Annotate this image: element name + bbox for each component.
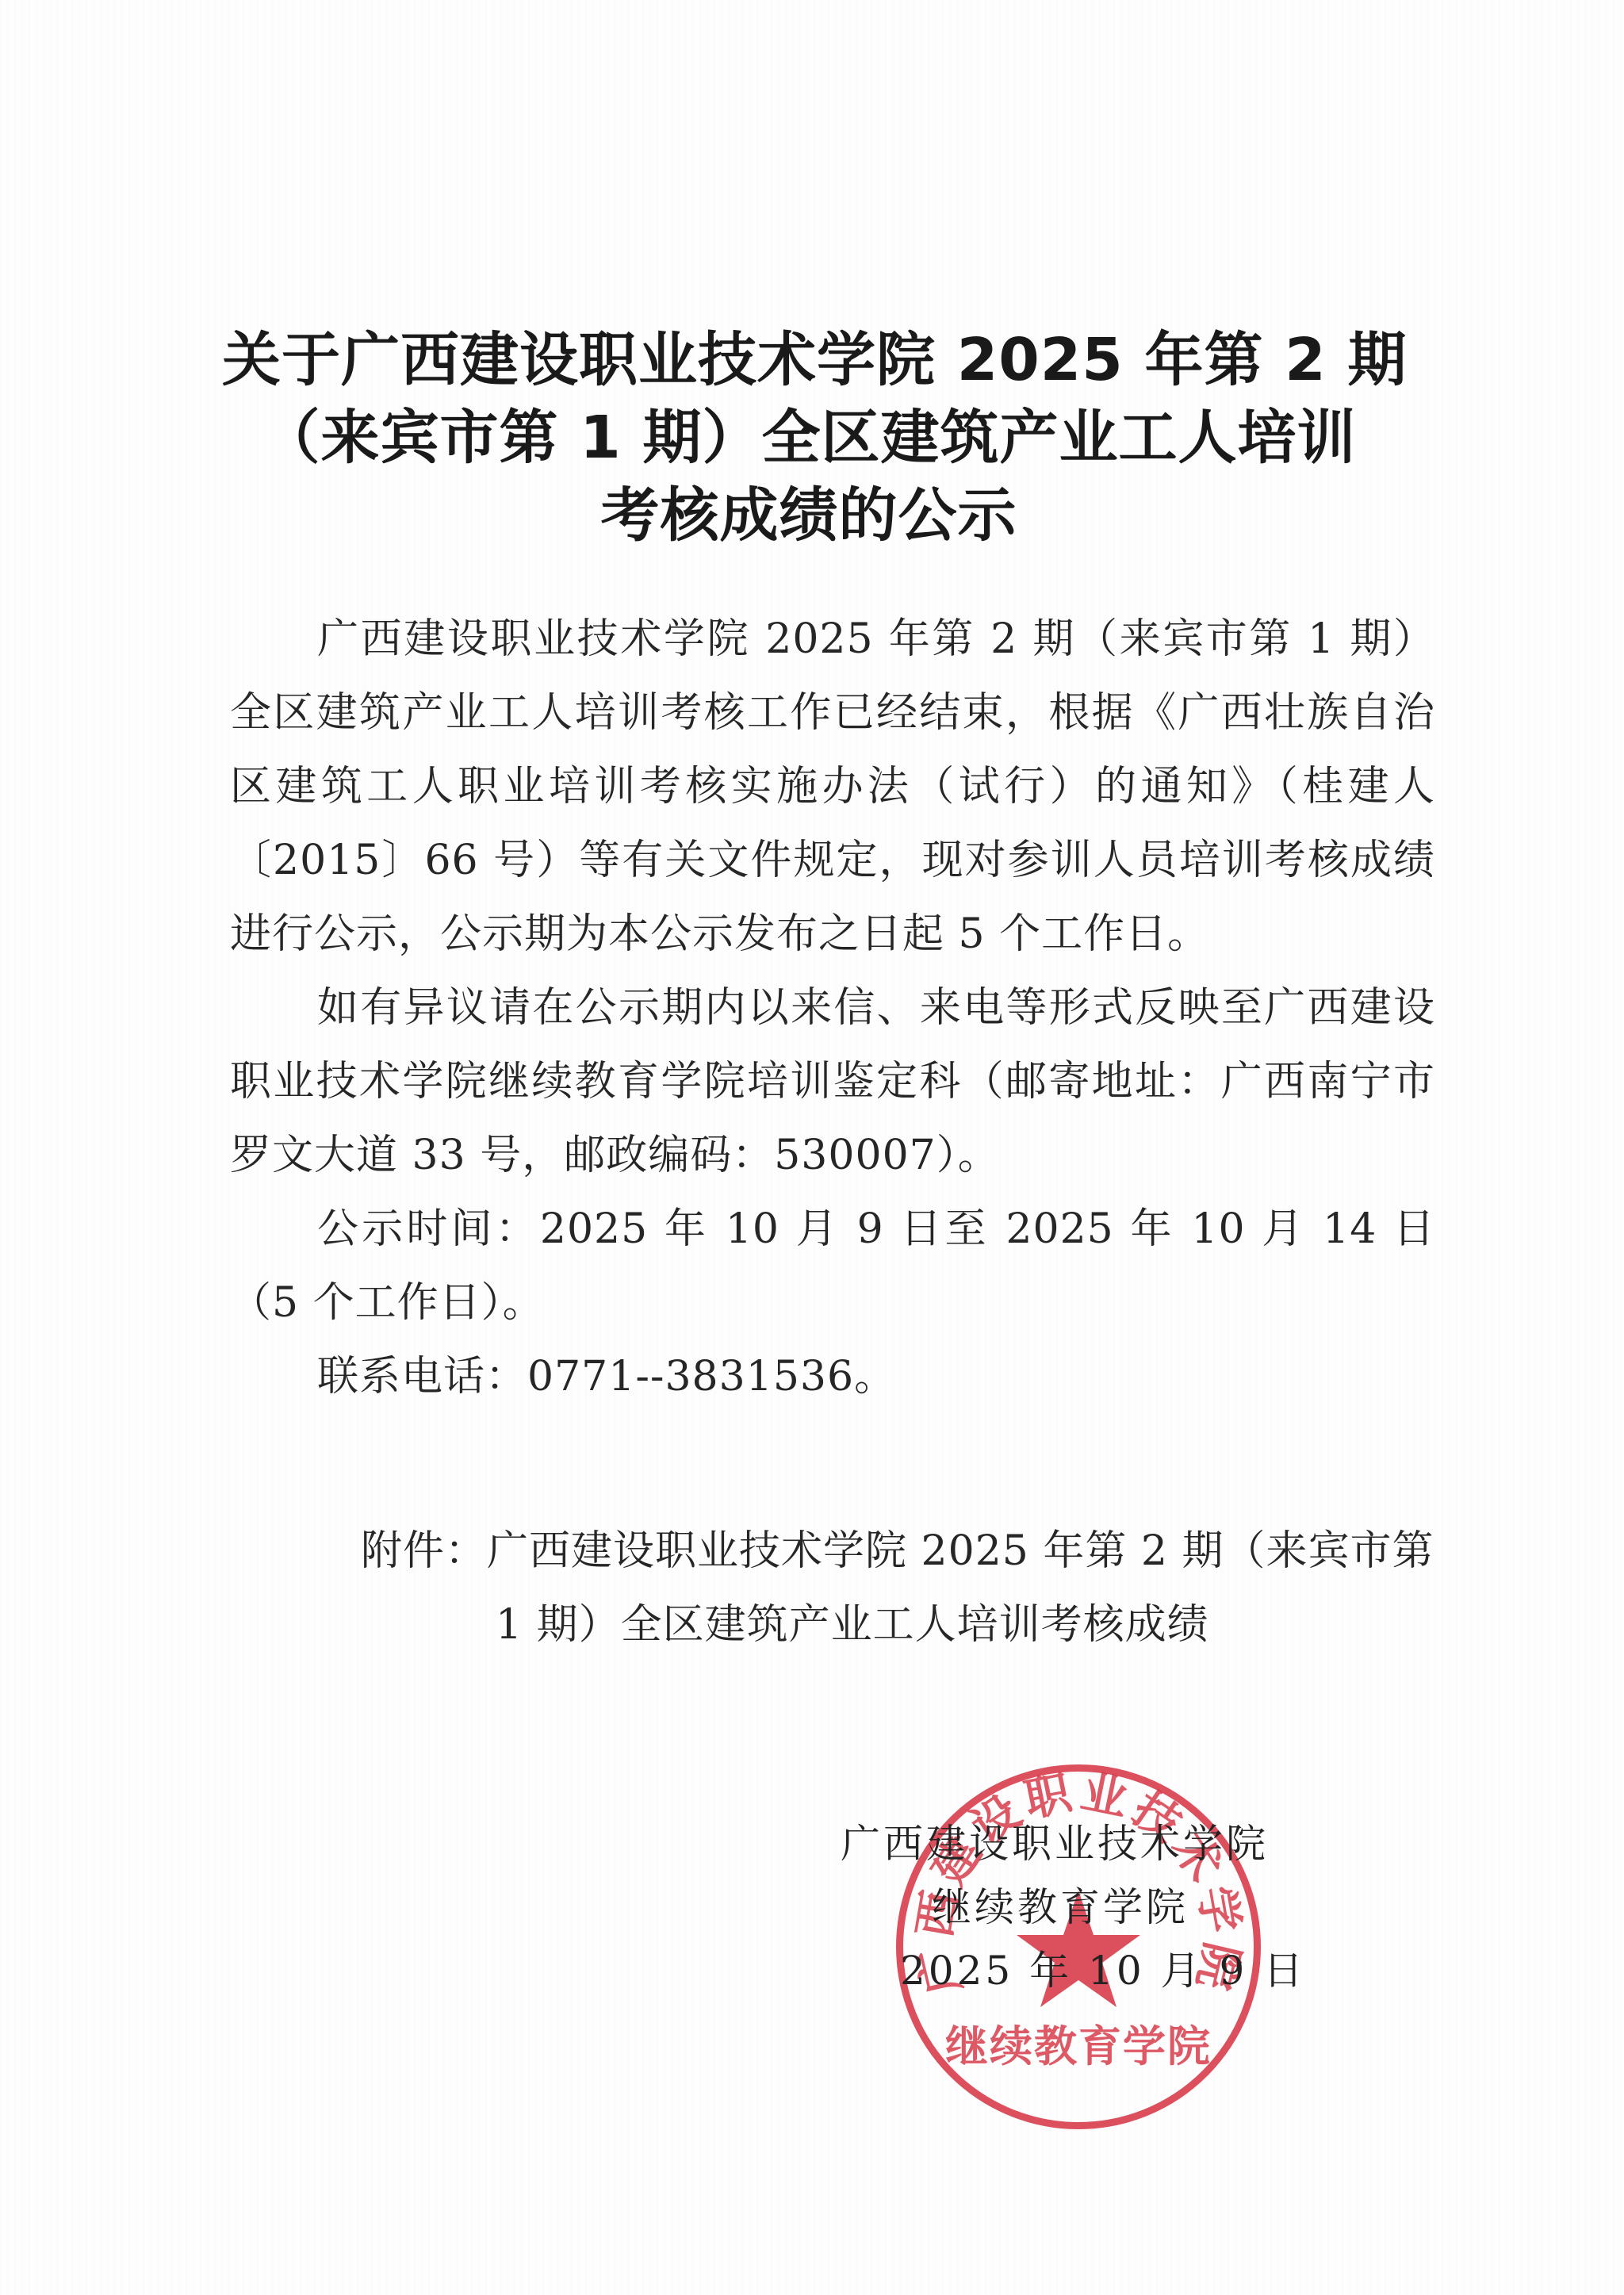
signature-department: 继续教育学院 <box>841 1875 1316 1939</box>
signature-date: 2025 年 10 月 9 日 <box>841 1939 1316 2002</box>
title-line-3: 考核成绩的公示 <box>222 477 1396 554</box>
seal-bottom-text: 继续教育学院 <box>945 2021 1212 2071</box>
signature-block: 广西建设职业技术学院 继续教育学院 2025 年 10 月 9 日 <box>841 1812 1316 2002</box>
paragraph-announcement: 广西建设职业技术学院 2025 年第 2 期（来宾市第 1 期）全区建筑产业工人… <box>230 603 1435 971</box>
attachment-note: 附件：广西建设职业技术学院 2025 年第 2 期（来宾市第 1 期）全区建筑产… <box>361 1515 1439 1662</box>
title-line-1: 关于广西建设职业技术学院 2025 年第 2 期 <box>222 321 1396 399</box>
document-title: 关于广西建设职业技术学院 2025 年第 2 期 （来宾市第 1 期）全区建筑产… <box>222 321 1396 554</box>
paragraph-contact-phone: 联系电话：0771--3831536。 <box>230 1340 1435 1414</box>
document-body: 广西建设职业技术学院 2025 年第 2 期（来宾市第 1 期）全区建筑产业工人… <box>230 603 1435 1414</box>
attachment-line-2: 1 期）全区建筑产业工人培训考核成绩 <box>361 1588 1439 1662</box>
paragraph-objection: 如有异议请在公示期内以来信、来电等形式反映至广西建设职业技术学院继续教育学院培训… <box>230 971 1435 1193</box>
attachment-line-1: 附件：广西建设职业技术学院 2025 年第 2 期（来宾市第 <box>361 1515 1439 1588</box>
paragraph-period: 公示时间：2025 年 10 月 9 日至 2025 年 10 月 14 日（5… <box>230 1193 1435 1340</box>
signature-organization: 广西建设职业技术学院 <box>841 1812 1316 1875</box>
title-line-2: （来宾市第 1 期）全区建筑产业工人培训 <box>222 399 1396 477</box>
document-page: 关于广西建设职业技术学院 2025 年第 2 期 （来宾市第 1 期）全区建筑产… <box>0 0 1624 2295</box>
